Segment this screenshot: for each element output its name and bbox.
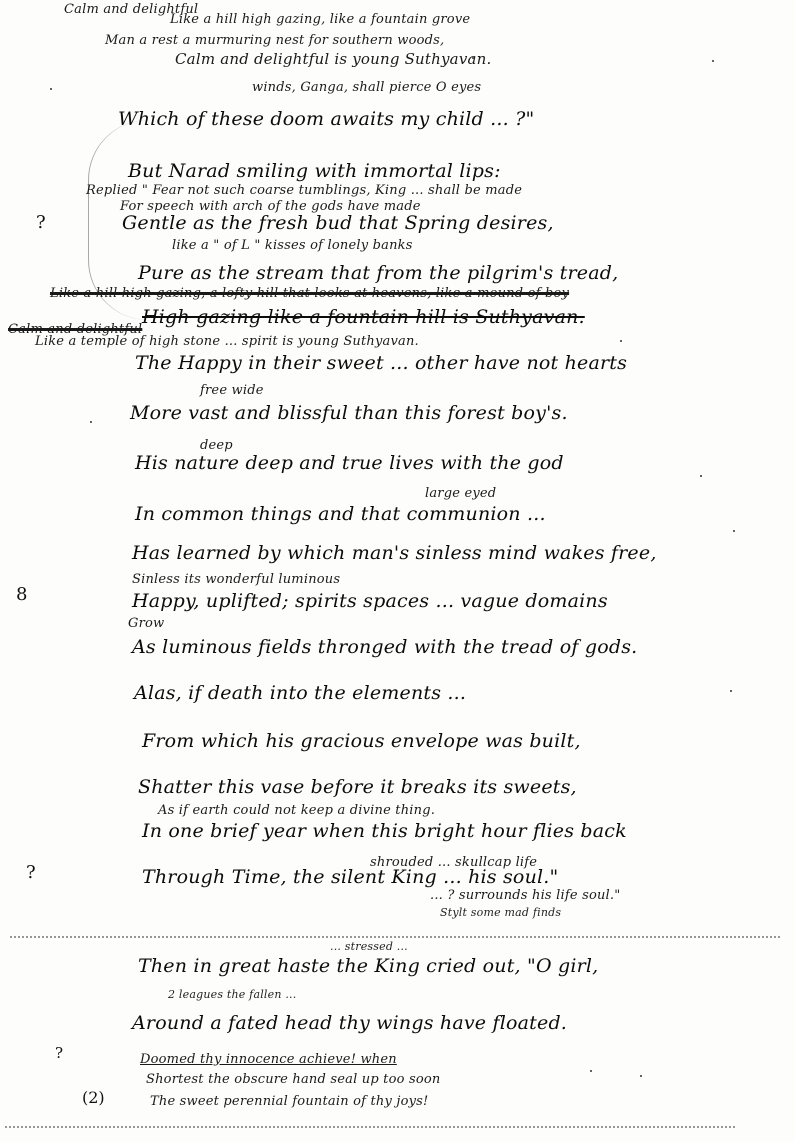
manuscript-line: The Happy in their sweet ... other have … (135, 352, 627, 374)
manuscript-line: Shatter this vase before it breaks its s… (138, 776, 577, 798)
manuscript-line: In common things and that communion ... (135, 503, 546, 525)
manuscript-line: Then in great haste the King cried out, … (138, 955, 598, 977)
manuscript-line: In one brief year when this bright hour … (142, 820, 627, 842)
ink-speck (733, 530, 735, 532)
ink-speck (90, 421, 92, 423)
ink-speck (472, 57, 474, 59)
ink-speck (712, 60, 714, 62)
manuscript-line: Around a fated head thy wings have float… (132, 1012, 567, 1034)
manuscript-line: From which his gracious envelope was bui… (142, 730, 581, 752)
manuscript-line: Gentle as the fresh bud that Spring desi… (122, 212, 554, 234)
margin-question-mark: ? (26, 862, 36, 883)
margin-question-mark: ? (36, 212, 46, 233)
manuscript-line-struck: High gazing like a fountain hill is Suth… (142, 306, 585, 328)
manuscript-line: Sinless its wonderful luminous (132, 572, 340, 587)
manuscript-line: Stylt some mad finds (440, 906, 561, 919)
manuscript-line: Shortest the obscure hand seal up too so… (146, 1072, 441, 1087)
manuscript-line: Has learned by which man's sinless mind … (132, 542, 657, 564)
manuscript-line: large eyed (425, 486, 496, 501)
ink-speck (700, 475, 702, 477)
manuscript-line: 2 leagues the fallen ... (168, 988, 296, 1001)
manuscript-line: ... ? surrounds his life soul." (430, 888, 620, 903)
ink-speck (640, 1075, 642, 1077)
manuscript-line: like a " of L " kisses of lonely banks (172, 238, 413, 253)
ink-speck (50, 88, 52, 90)
manuscript-line: free wide (200, 383, 264, 398)
manuscript-line: winds, Ganga, shall pierce O eyes (252, 80, 481, 95)
margin-question-mark: ? (55, 1044, 63, 1062)
manuscript-line: As if earth could not keep a divine thin… (158, 803, 435, 818)
margin-number-mark: (2) (82, 1088, 105, 1107)
manuscript-line: Pure as the stream that from the pilgrim… (138, 262, 618, 284)
manuscript-line: Calm and delightful is young Suthyavan. (175, 50, 491, 68)
ink-speck (620, 340, 622, 342)
manuscript-line: Man a rest a murmuring nest for southern… (105, 33, 444, 48)
manuscript-line: But Narad smiling with immortal lips: (128, 160, 501, 182)
ink-speck (590, 1070, 592, 1072)
manuscript-line: Replied " Fear not such coarse tumblings… (86, 183, 522, 198)
manuscript-line: The sweet perennial fountain of thy joys… (150, 1094, 428, 1109)
manuscript-line: ... stressed ... (330, 940, 408, 953)
manuscript-line: Through Time, the silent King ... his so… (142, 866, 558, 888)
manuscript-line: Alas, if death into the elements ... (134, 682, 466, 704)
scan-noise-row (5, 1126, 735, 1129)
manuscript-line: Grow (128, 616, 164, 631)
manuscript-line: Like a temple of high stone ... spirit i… (35, 334, 419, 349)
ink-speck (730, 690, 732, 692)
manuscript-line: deep (200, 438, 233, 453)
manuscript-line: Happy, uplifted; spirits spaces ... vagu… (132, 590, 608, 612)
manuscript-line: Like a hill high gazing, like a fountain… (170, 12, 470, 27)
manuscript-line-struck: Like a hill high gazing, a lofty hill th… (50, 286, 569, 301)
scan-noise-row (10, 936, 780, 939)
manuscript-line: Doomed thy innocence achieve! when (140, 1052, 397, 1067)
manuscript-page: ? 8 ? ? (2) Calm and delightful Like a h… (0, 0, 795, 1142)
manuscript-line: More vast and blissful than this forest … (130, 402, 568, 424)
manuscript-line: As luminous fields thronged with the tre… (132, 636, 637, 658)
margin-number-mark: 8 (16, 584, 27, 605)
manuscript-line: His nature deep and true lives with the … (135, 452, 564, 474)
manuscript-line: Which of these doom awaits my child ... … (118, 108, 534, 130)
